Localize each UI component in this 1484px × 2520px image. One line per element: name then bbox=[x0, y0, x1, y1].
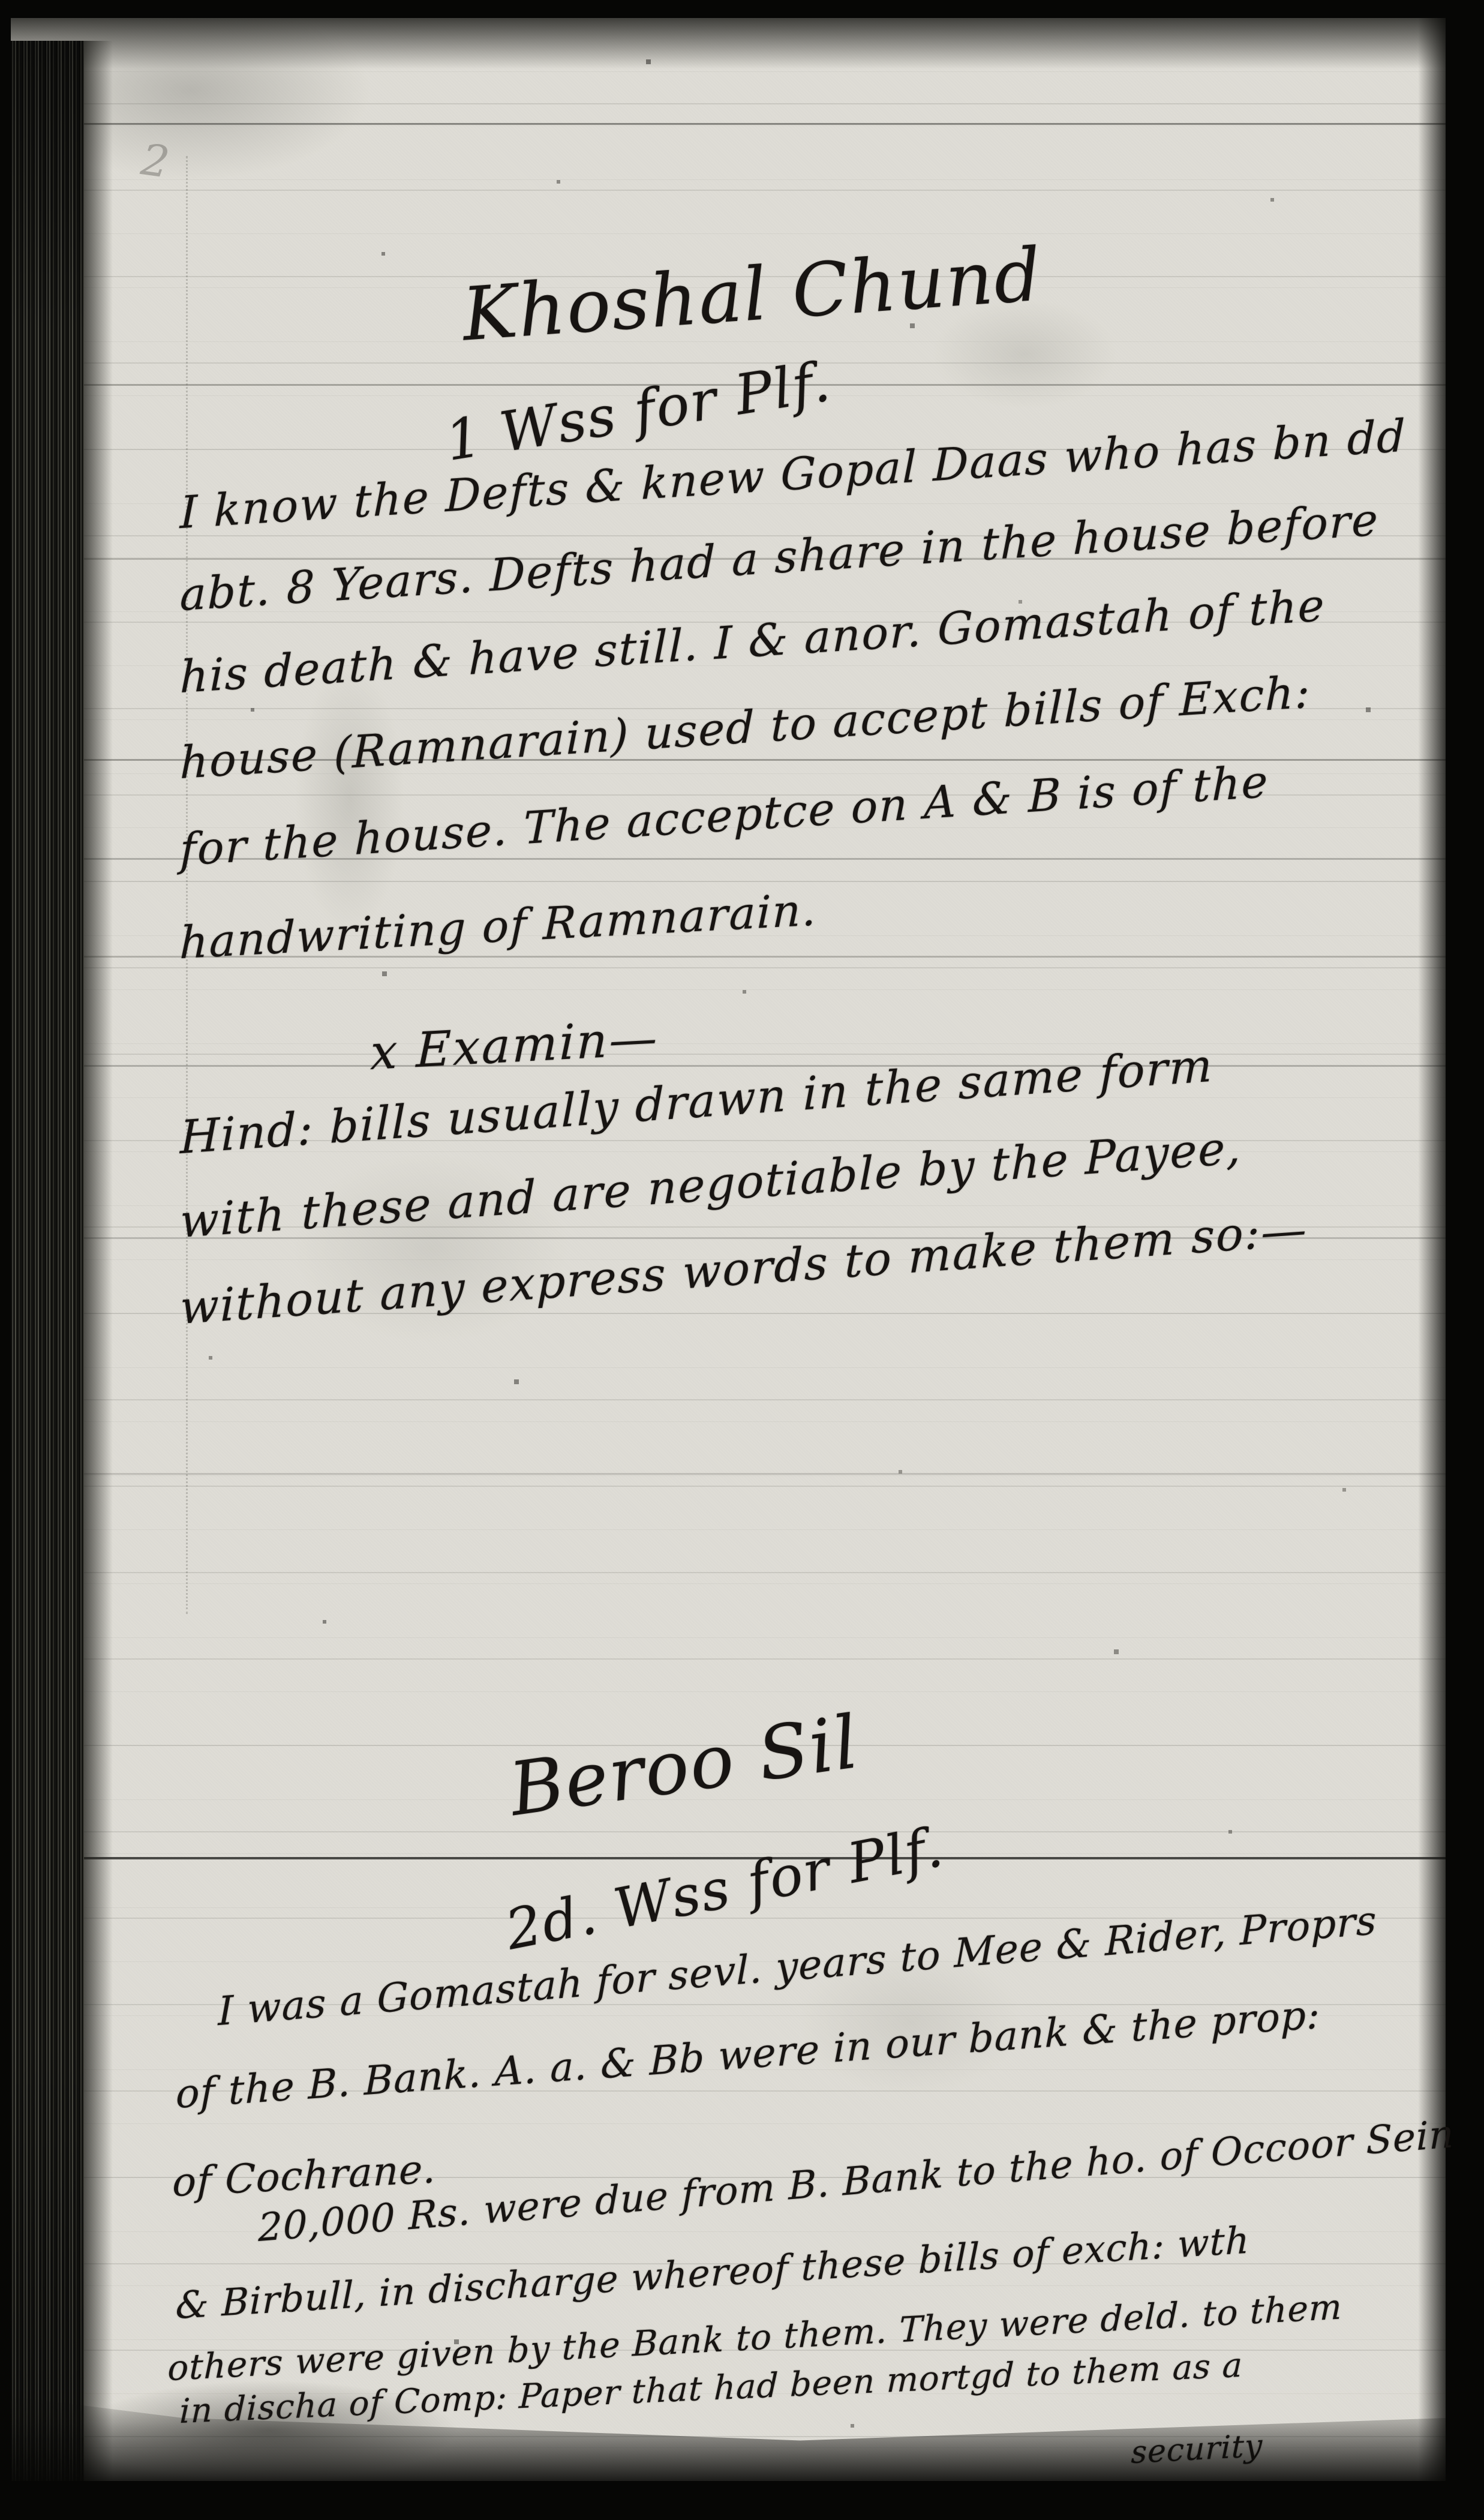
ruled-line bbox=[11, 1473, 1446, 1475]
testimony-line: 20,000 Rs. were due from B. Bank to the … bbox=[258, 2115, 1455, 2248]
page-top-shadow bbox=[11, 18, 1446, 69]
section1-title: Khoshal Chund bbox=[460, 238, 1044, 351]
page-right-shadow bbox=[1418, 18, 1446, 2481]
book-gutter-shading bbox=[11, 41, 84, 2481]
section2-title: Beroo Sil bbox=[505, 1705, 863, 1826]
book-gutter-fade bbox=[84, 41, 113, 2481]
ruled-line bbox=[11, 123, 1446, 125]
margin-guide-line bbox=[186, 156, 188, 1614]
testimony-line: handwriting of Ramnarain. bbox=[179, 887, 818, 965]
pencil-mark: 2 bbox=[138, 134, 172, 188]
cross-exam-heading: x Examin— bbox=[370, 1014, 659, 1077]
scanned-manuscript-page: 2 Khoshal Chund 1 Wss for Plf. I know th… bbox=[0, 0, 1484, 2520]
paper: 2 Khoshal Chund 1 Wss for Plf. I know th… bbox=[11, 18, 1446, 2481]
ruled-line bbox=[11, 1065, 1446, 1067]
